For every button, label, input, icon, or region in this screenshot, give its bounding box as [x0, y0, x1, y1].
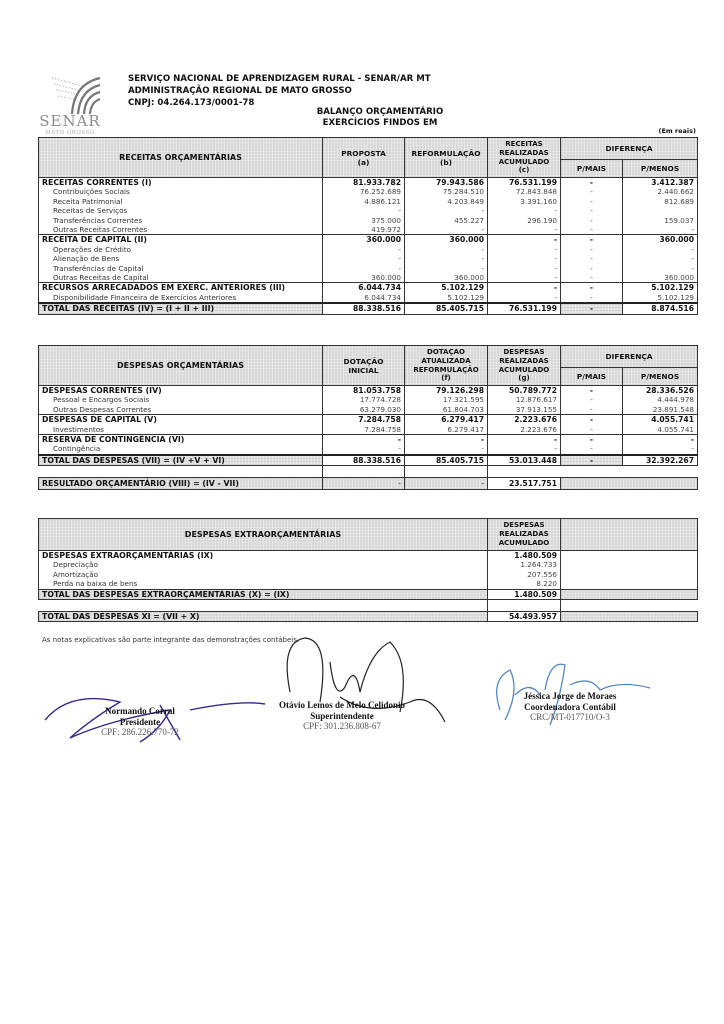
table-row: Investimentos7.284.7586.279.4172.223.676…: [39, 425, 698, 435]
receitas-menos-value: -: [623, 254, 698, 263]
row-value: 8.220: [488, 579, 561, 589]
receitas-c-value: -: [488, 235, 561, 245]
receitas-b-value: -: [405, 254, 488, 263]
receitas-b-value: 360.000: [405, 273, 488, 283]
table-row: Perda na baixa de bens8.220: [39, 579, 698, 589]
despesas-total-mais: -: [561, 455, 623, 466]
signer-role: Coordenadora Contábil: [500, 702, 640, 713]
receitas-a-value: 6.044.734: [323, 293, 405, 303]
row-label: RESERVA DE CONTINGÊNCIA (VI): [39, 435, 323, 445]
table-row: Amortização207.556: [39, 570, 698, 579]
row-label: Disponibilidade Financeira de Exercícios…: [39, 293, 323, 303]
receitas-c-value: -: [488, 283, 561, 293]
row-label: Alienação de Bens: [39, 254, 323, 263]
receitas-a-value: 4.886.121: [323, 197, 405, 206]
despesas-f-value: 17.321.595: [405, 395, 488, 404]
signer-name: Normando Corral: [80, 706, 200, 717]
org-admin: ADMINISTRAÇÃO REGIONAL DE MATO GROSSO: [128, 86, 352, 98]
signature-block-superintendent: Otávio Lemos de Melo Celidonio Superinte…: [262, 700, 422, 732]
despesas-header-label: DESPESAS ORÇAMENTÁRIAS: [39, 346, 323, 386]
despesas-e-value: 81.053.758: [323, 386, 405, 396]
receitas-a-value: 76.252.689: [323, 187, 405, 196]
extra-total-row: TOTAL DAS DESPESAS EXTRAORÇAMENTÁRIAS (X…: [39, 589, 698, 599]
despesas-menos-value: 23.891.548: [623, 405, 698, 415]
header-p-menos: P/MENOS: [623, 160, 698, 178]
receitas-menos-value: 5.102.129: [623, 283, 698, 293]
despesas-g-value: 12.876.617: [488, 395, 561, 404]
table-row: RESERVA DE CONTINGÊNCIA (VI)-----: [39, 435, 698, 445]
despesas-e-value: 7.284.758: [323, 415, 405, 425]
header-diferenca: DIFERENÇA: [561, 346, 698, 368]
receitas-c-value: -: [488, 206, 561, 215]
row-label: Outras Receitas de Capital: [39, 273, 323, 283]
receitas-mais-value: -: [561, 178, 623, 188]
table-row: RECURSOS ARRECADADOS EM EXERC. ANTERIORE…: [39, 283, 698, 293]
despesas-g-value: 2.223.676: [488, 415, 561, 425]
despesas-menos-value: 28.336.526: [623, 386, 698, 396]
receitas-mais-value: -: [561, 225, 623, 235]
row-label: Outras Despesas Correntes: [39, 405, 323, 415]
receitas-total-a: 88.338.516: [323, 303, 405, 314]
table-row: Transferências de Capital-----: [39, 264, 698, 273]
extra-header-realizadas: DESPESASREALIZADASACUMULADO: [488, 519, 561, 551]
row-label: Depreciação: [39, 560, 488, 569]
report-title: BALANÇO ORÇAMENTÁRIO: [260, 107, 500, 118]
receitas-menos-value: 812.689: [623, 197, 698, 206]
table-row: Receita Patrimonial4.886.1214.203.8493.3…: [39, 197, 698, 206]
receitas-menos-value: -: [623, 225, 698, 235]
despesas-e-value: -: [323, 444, 405, 454]
extra-grand-total-row: TOTAL DAS DESPESAS XI = (VII + X) 54.493…: [39, 612, 698, 622]
receitas-mais-value: -: [561, 245, 623, 254]
row-label: Contingência: [39, 444, 323, 454]
currency-unit: (Em reais): [658, 127, 696, 135]
row-label: Pessoal e Encargos Sociais: [39, 395, 323, 404]
receitas-c-value: 296.190: [488, 216, 561, 225]
receitas-c-value: -: [488, 225, 561, 235]
receitas-mais-value: -: [561, 264, 623, 273]
resultado-row: RESULTADO ORÇAMENTÁRIO (VIII) = (IV - VI…: [39, 478, 698, 490]
receitas-c-value: -: [488, 273, 561, 283]
receitas-menos-value: 5.102.129: [623, 293, 698, 303]
row-label: Outras Receitas Correntes: [39, 225, 323, 235]
receitas-c-value: 3.391.160: [488, 197, 561, 206]
receitas-menos-value: 2.440.662: [623, 187, 698, 196]
despesas-e-value: -: [323, 435, 405, 445]
receitas-menos-value: [623, 206, 698, 215]
signer-id: CPF: 301.236.808-67: [262, 721, 422, 732]
table-row: DESPESAS DE CAPITAL (V)7.284.7586.279.41…: [39, 415, 698, 425]
despesas-menos-value: -: [623, 444, 698, 454]
signer-id: CPF: 286.226.770-72: [80, 727, 200, 738]
org-name: SERVIÇO NACIONAL DE APRENDIZAGEM RURAL -…: [128, 74, 431, 86]
receitas-c-value: -: [488, 293, 561, 303]
row-label: Operações de Crédito: [39, 245, 323, 254]
row-value: 207.556: [488, 570, 561, 579]
receitas-total-b: 85.405.715: [405, 303, 488, 314]
signature-block-president: Normando Corral Presidente CPF: 286.226.…: [80, 706, 200, 738]
despesas-table: DESPESAS ORÇAMENTÁRIAS DOTAÇÃOINICIAL DO…: [38, 345, 698, 490]
table-row: Transferências Correntes375.000455.22729…: [39, 216, 698, 225]
row-label: Contribuições Sociais: [39, 187, 323, 196]
receitas-menos-value: -: [623, 245, 698, 254]
row-label: DESPESAS EXTRAORÇAMENTÁRIAS (IX): [39, 551, 488, 561]
receitas-a-value: 360.000: [323, 273, 405, 283]
signer-id: CRC/MT-017710/O-3: [500, 712, 640, 723]
receitas-b-value: 75.284.510: [405, 187, 488, 196]
receitas-mais-value: -: [561, 293, 623, 303]
logo-wordmark: SENAR: [30, 112, 110, 130]
header-p-mais: P/MAIS: [561, 160, 623, 178]
table-row: RECEITAS CORRENTES (I)81.933.78279.943.5…: [39, 178, 698, 188]
logo-subtitle: MATO GROSSO: [30, 130, 110, 136]
despesas-g-value: 37.913.155: [488, 405, 561, 415]
grand-total-label: TOTAL DAS DESPESAS XI = (VII + X): [39, 612, 488, 622]
table-row: Alienação de Bens-----: [39, 254, 698, 263]
row-blank: [561, 579, 698, 589]
row-label: RECEITA DE CAPITAL (II): [39, 235, 323, 245]
signer-name: Otávio Lemos de Melo Celidonio: [262, 700, 422, 711]
receitas-a-value: 81.933.782: [323, 178, 405, 188]
receitas-mais-value: -: [561, 197, 623, 206]
header-despesas-realizadas: DESPESASREALIZADASACUMULADO(g): [488, 346, 561, 386]
receitas-b-value: 4.203.849: [405, 197, 488, 206]
row-value: 1.264.733: [488, 560, 561, 569]
total-row: TOTAL DAS RECEITAS (IV) = (I + II + III)…: [39, 303, 698, 314]
despesas-g-value: -: [488, 435, 561, 445]
despesas-f-value: 79.126.298: [405, 386, 488, 396]
receitas-c-value: -: [488, 245, 561, 254]
logo-arcs-icon: [52, 72, 102, 114]
row-value: 1.480.509: [488, 551, 561, 561]
table-row: DESPESAS CORRENTES (IV)81.053.75879.126.…: [39, 386, 698, 396]
despesas-mais-value: -: [561, 435, 623, 445]
receitas-total-c: 76.531.199: [488, 303, 561, 314]
despesas-menos-value: -: [623, 435, 698, 445]
receitas-b-value: 5.102.129: [405, 293, 488, 303]
header-proposta: PROPOSTA(a): [323, 138, 405, 178]
row-label: DESPESAS DE CAPITAL (V): [39, 415, 323, 425]
despesas-menos-value: 4.444.978: [623, 395, 698, 404]
header-diferenca: DIFERENÇA: [561, 138, 698, 160]
table-row: Receitas de Serviços----: [39, 206, 698, 215]
receitas-mais-value: -: [561, 254, 623, 263]
despesas-total-f: 85.405.715: [405, 455, 488, 466]
resultado-f: -: [405, 478, 488, 490]
table-row: Contingência-----: [39, 444, 698, 454]
receitas-a-value: 6.044.734: [323, 283, 405, 293]
receitas-total-mais: -: [561, 303, 623, 314]
row-label: RECEITAS CORRENTES (I): [39, 178, 323, 188]
receitas-mais-value: -: [561, 235, 623, 245]
despesas-total-menos: 32.392.267: [623, 455, 698, 466]
receitas-b-value: -: [405, 245, 488, 254]
receitas-b-value: -: [405, 206, 488, 215]
receitas-mais-value: -: [561, 206, 623, 215]
signature-block-accountant: Jéssica Jorge de Moraes Coordenadora Con…: [500, 691, 640, 723]
receitas-a-value: 419.972: [323, 225, 405, 235]
despesas-f-value: -: [405, 435, 488, 445]
total-label: TOTAL DAS RECEITAS (IV) = (I + II + III): [39, 303, 323, 314]
table-row: Operações de Crédito-----: [39, 245, 698, 254]
receitas-a-value: -: [323, 264, 405, 273]
receitas-menos-value: -: [623, 264, 698, 273]
resultado-label: RESULTADO ORÇAMENTÁRIO (VIII) = (IV - VI…: [39, 478, 323, 490]
table-row: Contribuições Sociais76.252.68975.284.51…: [39, 187, 698, 196]
despesas-mais-value: -: [561, 405, 623, 415]
despesas-g-value: -: [488, 444, 561, 454]
table-row: Outras Receitas de Capital360.000360.000…: [39, 273, 698, 283]
receitas-mais-value: -: [561, 216, 623, 225]
table-row: Depreciação1.264.733: [39, 560, 698, 569]
table-row: Outras Receitas Correntes419.972----: [39, 225, 698, 235]
receitas-b-value: -: [405, 264, 488, 273]
receitas-c-value: 76.531.199: [488, 178, 561, 188]
receitas-b-value: 455.227: [405, 216, 488, 225]
receitas-mais-value: -: [561, 187, 623, 196]
receitas-a-value: 375.000: [323, 216, 405, 225]
org-cnpj: CNPJ: 04.264.173/0001-78: [128, 98, 254, 110]
despesas-f-value: -: [405, 444, 488, 454]
despesas-f-value: 6.279.417: [405, 425, 488, 435]
despesas-menos-value: 4.055.741: [623, 415, 698, 425]
grand-total-value: 54.493.957: [488, 612, 561, 622]
receitas-menos-value: 159.037: [623, 216, 698, 225]
receitas-a-value: -: [323, 254, 405, 263]
row-label: Amortização: [39, 570, 488, 579]
resultado-e: -: [323, 478, 405, 490]
header-p-menos: P/MENOS: [623, 368, 698, 386]
row-blank: [561, 570, 698, 579]
receitas-c-value: -: [488, 254, 561, 263]
despesas-mais-value: -: [561, 425, 623, 435]
report-subtitle: EXERCÍCIOS FINDOS EM: [260, 118, 500, 129]
receitas-menos-value: 3.412.387: [623, 178, 698, 188]
receitas-header-label: RECEITAS ORÇAMENTÁRIAS: [39, 138, 323, 178]
despesas-e-value: 63.279.030: [323, 405, 405, 415]
receitas-b-value: 5.102.129: [405, 283, 488, 293]
row-value: 1.480.509: [488, 589, 561, 599]
extra-header-label: DESPESAS EXTRAORÇAMENTÁRIAS: [39, 519, 488, 551]
despesas-menos-value: 4.055.741: [623, 425, 698, 435]
receitas-menos-value: 360.000: [623, 273, 698, 283]
receitas-b-value: 79.943.586: [405, 178, 488, 188]
header-receitas-realizadas: RECEITASREALIZADASACUMULADO(c): [488, 138, 561, 178]
receitas-a-value: -: [323, 206, 405, 215]
row-label: Receitas de Serviços: [39, 206, 323, 215]
despesas-g-value: 50.789.772: [488, 386, 561, 396]
table-row: Disponibilidade Financeira de Exercícios…: [39, 293, 698, 303]
despesas-f-value: 61.804.703: [405, 405, 488, 415]
resultado-g: 23.517.751: [488, 478, 561, 490]
total-row: TOTAL DAS DESPESAS (VII) = (IV +V + VI)8…: [39, 455, 698, 466]
header-reformulacao: REFORMULAÇÃO(b): [405, 138, 488, 178]
receitas-b-value: 360.000: [405, 235, 488, 245]
signer-name: Jéssica Jorge de Moraes: [500, 691, 640, 702]
row-label: Investimentos: [39, 425, 323, 435]
row-blank: [561, 551, 698, 561]
signer-role: Presidente: [80, 717, 200, 728]
despesas-g-value: 2.223.676: [488, 425, 561, 435]
receitas-menos-value: 360.000: [623, 235, 698, 245]
header-p-mais: P/MAIS: [561, 368, 623, 386]
table-row: Pessoal e Encargos Sociais17.774.72817.3…: [39, 395, 698, 404]
row-label: Transferências de Capital: [39, 264, 323, 273]
row-label: TOTAL DAS DESPESAS EXTRAORÇAMENTÁRIAS (X…: [39, 589, 488, 599]
receitas-mais-value: -: [561, 283, 623, 293]
despesas-mais-value: -: [561, 415, 623, 425]
receitas-a-value: -: [323, 245, 405, 254]
total-label: TOTAL DAS DESPESAS (VII) = (IV +V + VI): [39, 455, 323, 466]
despesas-mais-value: -: [561, 395, 623, 404]
table-row: Outras Despesas Correntes63.279.03061.80…: [39, 405, 698, 415]
row-label: Perda na baixa de bens: [39, 579, 488, 589]
receitas-table: RECEITAS ORÇAMENTÁRIAS PROPOSTA(a) REFOR…: [38, 137, 698, 315]
despesas-total-g: 53.013.448: [488, 455, 561, 466]
row-blank: [561, 589, 698, 599]
row-blank: [561, 560, 698, 569]
row-label: RECURSOS ARRECADADOS EM EXERC. ANTERIORE…: [39, 283, 323, 293]
despesas-mais-value: -: [561, 386, 623, 396]
senar-logo: SENAR MATO GROSSO: [30, 72, 110, 138]
header-dotacao-inicial: DOTAÇÃOINICIAL: [323, 346, 405, 386]
row-label: DESPESAS CORRENTES (IV): [39, 386, 323, 396]
despesas-e-value: 17.774.728: [323, 395, 405, 404]
row-label: Transferências Correntes: [39, 216, 323, 225]
despesas-mais-value: -: [561, 444, 623, 454]
table-row: RECEITA DE CAPITAL (II)360.000360.000--3…: [39, 235, 698, 245]
extra-group-row: DESPESAS EXTRAORÇAMENTÁRIAS (IX)1.480.50…: [39, 551, 698, 561]
despesas-total-e: 88.338.516: [323, 455, 405, 466]
receitas-c-value: -: [488, 264, 561, 273]
header-dotacao-atualizada: DOTAÇAOATUALIZADAREFORMULAÇÃO(f): [405, 346, 488, 386]
extra-table: DESPESAS EXTRAORÇAMENTÁRIAS DESPESASREAL…: [38, 518, 698, 622]
signer-role: Superintendente: [262, 711, 422, 722]
receitas-total-menos: 8.874.516: [623, 303, 698, 314]
receitas-c-value: 72.843.848: [488, 187, 561, 196]
row-label: Receita Patrimonial: [39, 197, 323, 206]
receitas-a-value: 360.000: [323, 235, 405, 245]
receitas-b-value: -: [405, 225, 488, 235]
despesas-e-value: 7.284.758: [323, 425, 405, 435]
receitas-mais-value: -: [561, 273, 623, 283]
despesas-f-value: 6.279.417: [405, 415, 488, 425]
